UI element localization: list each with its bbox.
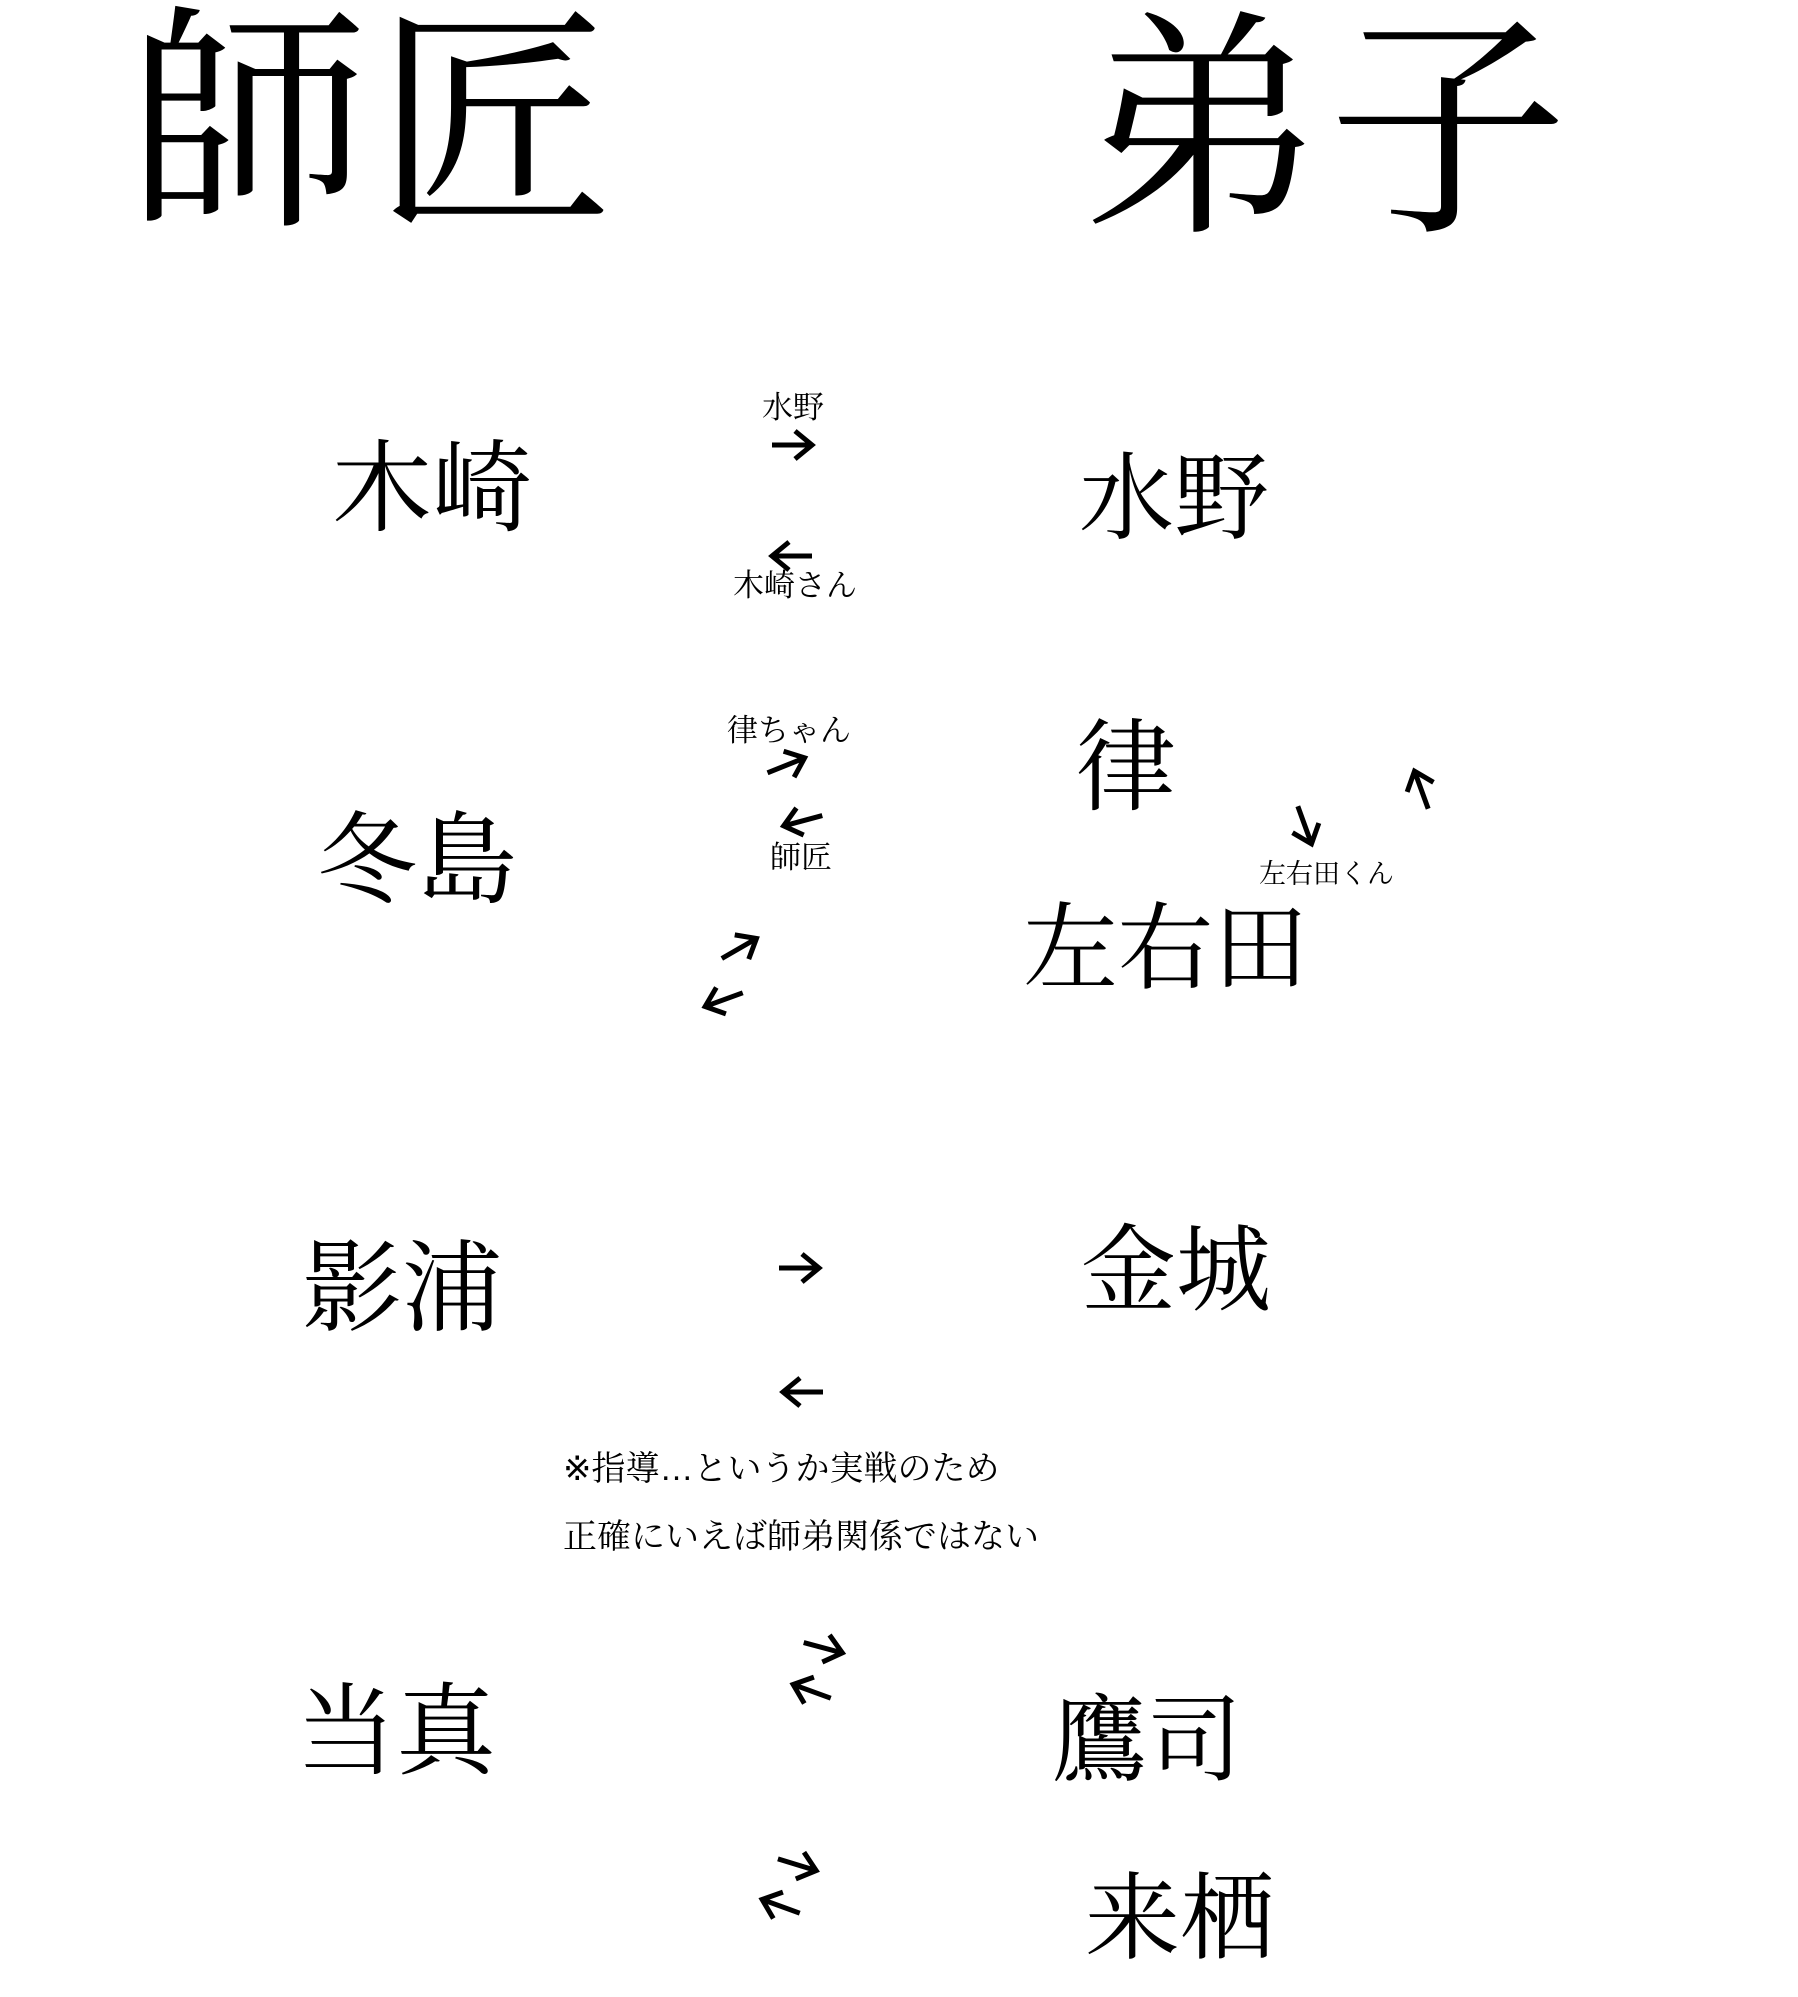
arrow-ritsu-to-souda bbox=[1280, 797, 1330, 854]
call-label-souda-kun: 左右田くん bbox=[1259, 861, 1394, 888]
arrow-ritsu-to-fuyushima bbox=[774, 797, 830, 844]
arrow-touma-to-kurusu bbox=[770, 1841, 826, 1889]
call-label-shisho: 師匠 bbox=[770, 842, 832, 873]
relationship-diagram: 師匠 弟子 木崎 冬島 影浦 当真 水野 律 左右田 金城 鷹司 来栖 水野 木… bbox=[0, 0, 1798, 1997]
column-header-master: 師匠 bbox=[128, 4, 620, 244]
footnote-line-2: 正確にいえば師弟関係ではない bbox=[563, 1520, 1039, 1554]
node-kinjo: 金城 bbox=[1081, 1224, 1271, 1319]
arrow-mizuno-to-kizaki bbox=[767, 538, 815, 574]
call-label-ritsu-chan: 律ちゃん bbox=[727, 715, 851, 746]
arrow-souda-to-ritsu bbox=[1396, 760, 1446, 817]
column-header-disciple: 弟子 bbox=[1082, 10, 1574, 250]
arrow-souda-to-fuyushima bbox=[694, 975, 751, 1025]
node-kageura: 影浦 bbox=[302, 1239, 502, 1339]
node-kurusu: 来栖 bbox=[1085, 1872, 1275, 1967]
node-kizaki: 木崎 bbox=[332, 439, 532, 539]
node-mizuno: 水野 bbox=[1079, 452, 1269, 547]
node-touma: 当真 bbox=[296, 1682, 496, 1782]
call-label-mizuno: 水野 bbox=[762, 392, 824, 423]
arrow-touma-to-takatsukasa bbox=[796, 1624, 852, 1671]
node-takatsukasa: 鷹司 bbox=[1052, 1694, 1242, 1789]
node-ritsu: 律 bbox=[1076, 718, 1176, 818]
node-souda: 左右田 bbox=[1023, 902, 1308, 997]
arrow-kurusu-to-touma bbox=[751, 1881, 808, 1931]
arrow-kinjo-to-kageura bbox=[778, 1374, 826, 1410]
call-label-kizaki-san: 木崎さん bbox=[733, 570, 857, 601]
node-fuyushima: 冬島 bbox=[317, 811, 517, 911]
arrow-takatsukasa-to-touma bbox=[782, 1666, 839, 1716]
footnote-line-1: ※指導…というか実戦のため bbox=[563, 1452, 1000, 1486]
arrow-kizaki-to-mizuno bbox=[769, 427, 817, 463]
arrow-fuyushima-to-souda bbox=[710, 920, 770, 975]
arrow-kageura-to-kinjo bbox=[776, 1250, 824, 1286]
